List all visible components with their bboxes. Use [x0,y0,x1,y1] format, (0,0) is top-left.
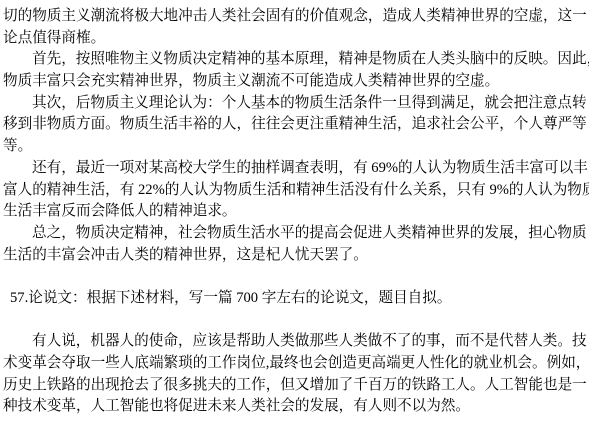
para-essay-material-line: 术变革会夺取一些人底端繁琐的工作岗位,最终也会创造更高端更人性化的就业机会。例如… [3,353,589,375]
para-continuation-line: 论点值得商榷。 [3,28,589,50]
para-survey-point-line: 生活丰富反而会降低人的精神追求。 [3,201,589,223]
document-page: 切的物质主义潮流将极大地冲击人类社会固有的价值观念，造成人类精神世界的空虚，这一… [0,0,593,423]
document-body: 切的物质主义潮流将极大地冲击人类社会固有的价值观念，造成人类精神世界的空虚，这一… [3,6,589,418]
gap-above-material [3,310,589,332]
para-essay-material-line: 历史上铁路的出现抢去了很多挑夫的工作，但又增加了千百万的铁路工人。人工智能也是一 [3,375,589,397]
para-second-point-line: 移到非物质方面。物质生活丰裕的人，往往会更注重精神生活，追求社会公平，个人尊严等 [3,114,589,136]
para-first-point-line: 首先，按照唯物主义物质决定精神的基本原理，精神是物质在人类头脑中的反映。因此， [3,49,589,71]
para-survey-point-line: 还有，最近一项对某高校大学生的抽样调查表明，有 69%的人认为物质生活丰富可以丰 [3,158,589,180]
para-first-point-line: 物质丰富只会充实精神世界，物质主义潮流不可能造成人类精神世界的空虚。 [3,71,589,93]
para-second-point-line: 等。 [3,136,589,158]
para-continuation-line: 切的物质主义潮流将极大地冲击人类社会固有的价值观念，造成人类精神世界的空虚，这一 [3,6,589,28]
gap-above-question [3,266,589,288]
para-second-point-line: 其次，后物质主义理论认为：个人基本的物质生活条件一旦得到满足，就会把注意点转 [3,93,589,115]
question-57-line: 57.论说文：根据下述材料，写一篇 700 字左右的论说文，题目自拟。 [3,288,589,310]
para-survey-point-line: 富人的精神生活，有 22%的人认为物质生活和精神生活没有什么关系，只有 9%的人… [3,180,589,202]
para-conclusion-line: 生活的丰富会冲击人类的精神世界，这是杞人忧天罢了。 [3,245,589,267]
para-essay-material-line: 有人说，机器人的使命，应该是帮助人类做那些人类做不了的事，而不是代替人类。技 [3,331,589,353]
para-conclusion-line: 总之，物质决定精神，社会物质生活水平的提高会促进人类精神世界的发展，担心物质 [3,223,589,245]
para-essay-material-line: 种技术变革，人工智能也将促进未来人类社会的发展，有人则不以为然。 [3,396,589,418]
